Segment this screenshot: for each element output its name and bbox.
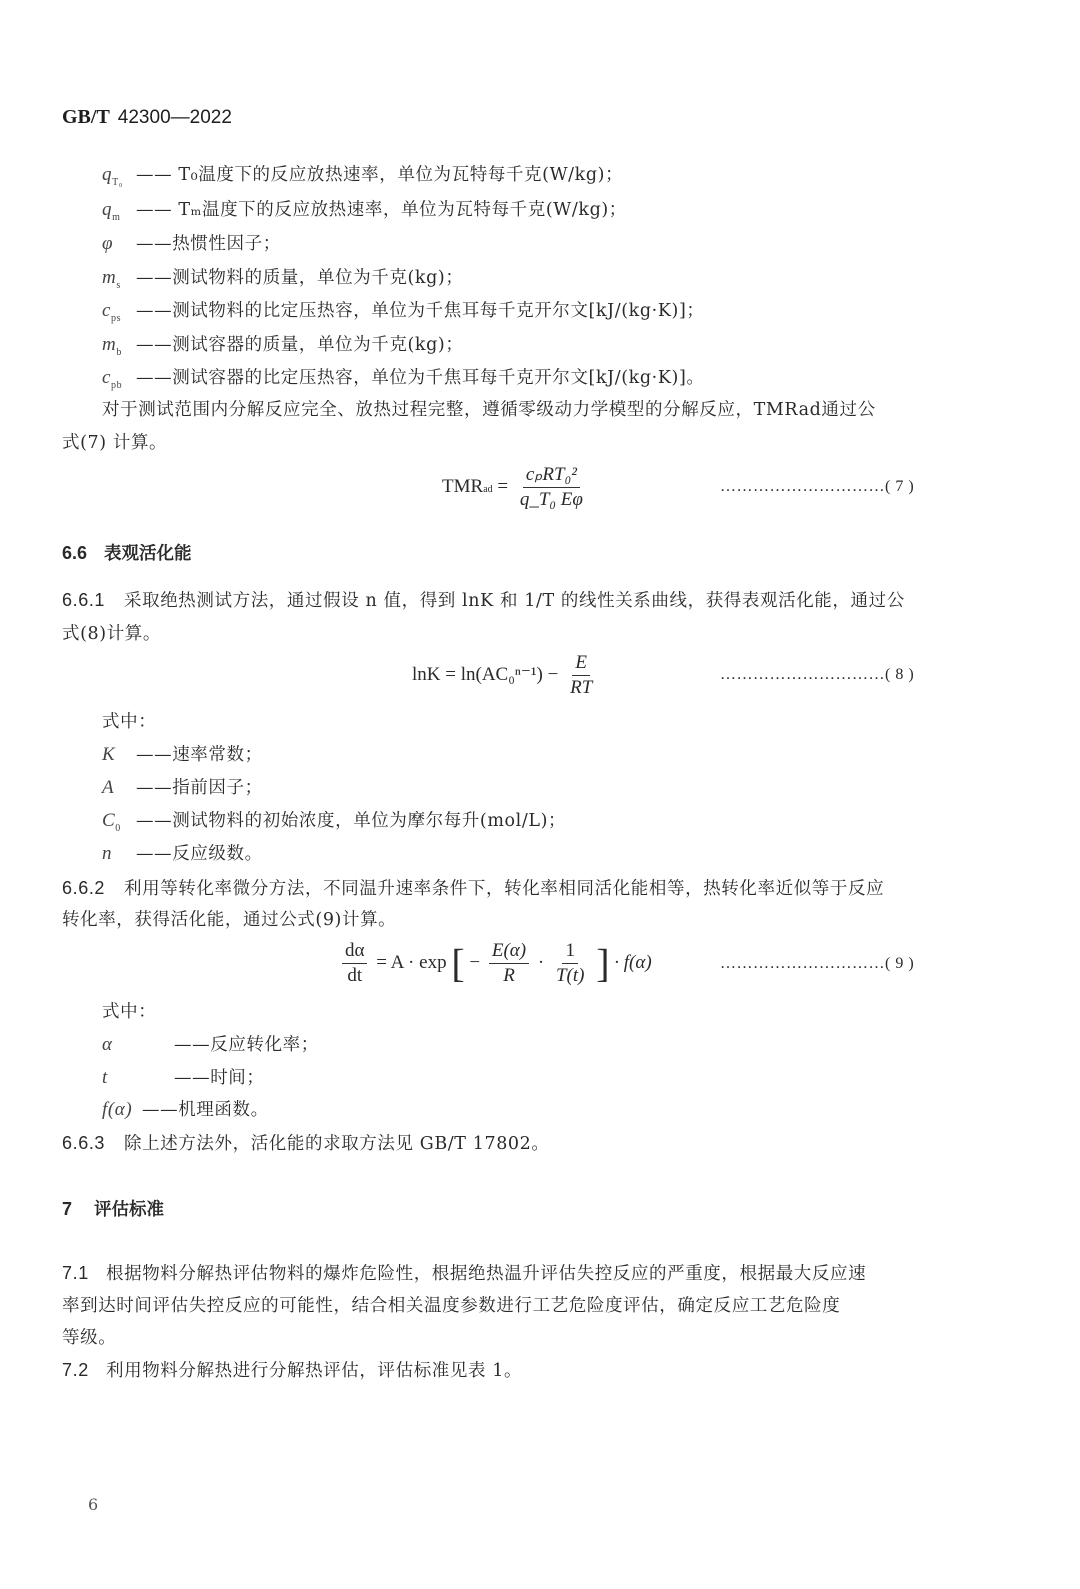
symbol-row: mb——测试容器的质量，单位为千克(kg)； bbox=[102, 333, 463, 365]
symbol: c bbox=[102, 300, 111, 321]
symbol-description: ——反应级数。 bbox=[136, 844, 263, 864]
symbol: K bbox=[102, 743, 136, 767]
symbol-row: qm—— Tₘ温度下的反应放热速率，单位为瓦特每千克(W/kg)； bbox=[102, 198, 627, 230]
section-6-6-2-line1: 6.6.2利用等转化率微分方法，不同温升速率条件下，转化率相同活化能相等，热转化… bbox=[62, 876, 884, 901]
symbol-row: f(α)——机理函数。 bbox=[102, 1098, 269, 1122]
symbol-description: ——测试物料的质量，单位为千克(kg)； bbox=[136, 268, 463, 288]
symbol-row: t——时间； bbox=[102, 1066, 265, 1090]
symbol-row: C0——测试物料的初始浓度，单位为摩尔每升(mol/L)； bbox=[102, 809, 566, 841]
symbol-description: ——机理函数。 bbox=[142, 1100, 269, 1120]
symbol-row: n——反应级数。 bbox=[102, 842, 263, 866]
section-6-6-1-line1: 6.6.1采取绝热测试方法，通过假设 n 值，得到 lnK 和 1/T 的线性关… bbox=[62, 588, 905, 613]
symbol-description: —— T₀温度下的反应放热速率，单位为瓦特每千克(W/kg)； bbox=[136, 165, 623, 185]
symbol-row: A——指前因子； bbox=[102, 776, 263, 800]
symbol: q bbox=[102, 199, 112, 220]
symbol: C bbox=[102, 810, 115, 831]
symbol: q bbox=[102, 164, 112, 185]
formula-8: lnK = ln(AC₀ⁿ⁻¹) − E RT bbox=[412, 652, 599, 699]
section-7-1-line1: 7.1根据物料分解热评估物料的爆炸危险性，根据绝热温升评估失控反应的严重度，根据… bbox=[62, 1261, 866, 1286]
symbol-row: cpb——测试容器的比定压热容，单位为千焦耳每千克开尔文[kJ/(kg·K)]。 bbox=[102, 366, 704, 398]
where-label: 式中： bbox=[102, 1000, 156, 1024]
section-7-2: 7.2利用物料分解热进行分解热评估，评估标准见表 1。 bbox=[62, 1358, 522, 1383]
symbol-row: qT₀—— T₀温度下的反应放热速率，单位为瓦特每千克(W/kg)； bbox=[102, 163, 623, 195]
symbol: f(α) bbox=[102, 1098, 142, 1122]
document-header: GB/T42300—2022 bbox=[62, 106, 232, 129]
symbol: m bbox=[102, 334, 116, 355]
symbol-description: —— Tₘ温度下的反应放热速率，单位为瓦特每千克(W/kg)； bbox=[136, 200, 627, 220]
equation-number-7: …………………………( 7 ) bbox=[720, 478, 914, 496]
standard-prefix: GB/T bbox=[62, 106, 110, 128]
formula-7: TMRad = cₚRT₀² q_T₀ Eφ bbox=[442, 464, 590, 511]
symbol: m bbox=[102, 267, 116, 288]
symbol-row: cps——测试物料的比定压热容，单位为千焦耳每千克开尔文[kJ/(kg·K)]； bbox=[102, 299, 704, 331]
formula-8-fraction: E RT bbox=[567, 652, 595, 699]
symbol-description: ——测试物料的初始浓度，单位为摩尔每升(mol/L)； bbox=[136, 811, 566, 831]
symbol: A bbox=[102, 776, 136, 800]
formula-7-fraction: cₚRT₀² q_T₀ Eφ bbox=[517, 464, 586, 511]
symbol-description: ——测试容器的质量，单位为千克(kg)； bbox=[136, 335, 463, 355]
symbol: c bbox=[102, 367, 111, 388]
symbol: φ bbox=[102, 233, 113, 254]
section-heading-6-6: 6.6表观活化能 bbox=[62, 540, 192, 565]
paragraph-tmr-line1: 对于测试范围内分解反应完全、放热过程完整，遵循零级动力学模型的分解反应，TMRa… bbox=[102, 398, 876, 422]
section-7-1-line2: 率到达时间评估失控反应的可能性，结合相关温度参数进行工艺危险度评估，确定反应工艺… bbox=[62, 1294, 840, 1318]
paragraph-tmr-line2: 式(7) 计算。 bbox=[62, 431, 167, 455]
symbol-description: ——测试物料的比定压热容，单位为千焦耳每千克开尔文[kJ/(kg·K)]； bbox=[136, 301, 704, 321]
equation-number-9: …………………………( 9 ) bbox=[720, 955, 914, 973]
symbol: α bbox=[102, 1033, 174, 1057]
symbol-description: ——指前因子； bbox=[136, 778, 263, 798]
symbol: n bbox=[102, 842, 136, 866]
symbol-description: ——反应转化率； bbox=[174, 1035, 319, 1055]
symbol-row: α——反应转化率； bbox=[102, 1033, 319, 1057]
symbol-description: ——热惯性因子； bbox=[136, 234, 281, 254]
where-label: 式中： bbox=[102, 710, 156, 734]
section-7-1-line3: 等级。 bbox=[62, 1326, 116, 1350]
symbol-description: ——速率常数； bbox=[136, 745, 263, 765]
symbol-row: ms——测试物料的质量，单位为千克(kg)； bbox=[102, 266, 463, 298]
formula-9: dα dt = A · exp [ − E(α) R · 1 T(t) ] · … bbox=[338, 940, 652, 987]
section-heading-7: 7评估标准 bbox=[62, 1196, 164, 1221]
equation-number-8: …………………………( 8 ) bbox=[720, 666, 914, 684]
section-6-6-1-line2: 式(8)计算。 bbox=[62, 622, 161, 646]
standard-number: 42300—2022 bbox=[118, 107, 232, 128]
section-6-6-3: 6.6.3除上述方法外，活化能的求取方法见 GB/T 17802。 bbox=[62, 1131, 550, 1156]
symbol: t bbox=[102, 1066, 174, 1090]
symbol-description: ——时间； bbox=[174, 1068, 265, 1088]
page-number: 6 bbox=[88, 1495, 98, 1514]
symbol-row: φ——热惯性因子； bbox=[102, 232, 281, 256]
symbol-row: K——速率常数； bbox=[102, 743, 263, 767]
symbol-description: ——测试容器的比定压热容，单位为千焦耳每千克开尔文[kJ/(kg·K)]。 bbox=[136, 368, 704, 388]
section-6-6-2-line2: 转化率，获得活化能，通过公式(9)计算。 bbox=[62, 908, 396, 932]
